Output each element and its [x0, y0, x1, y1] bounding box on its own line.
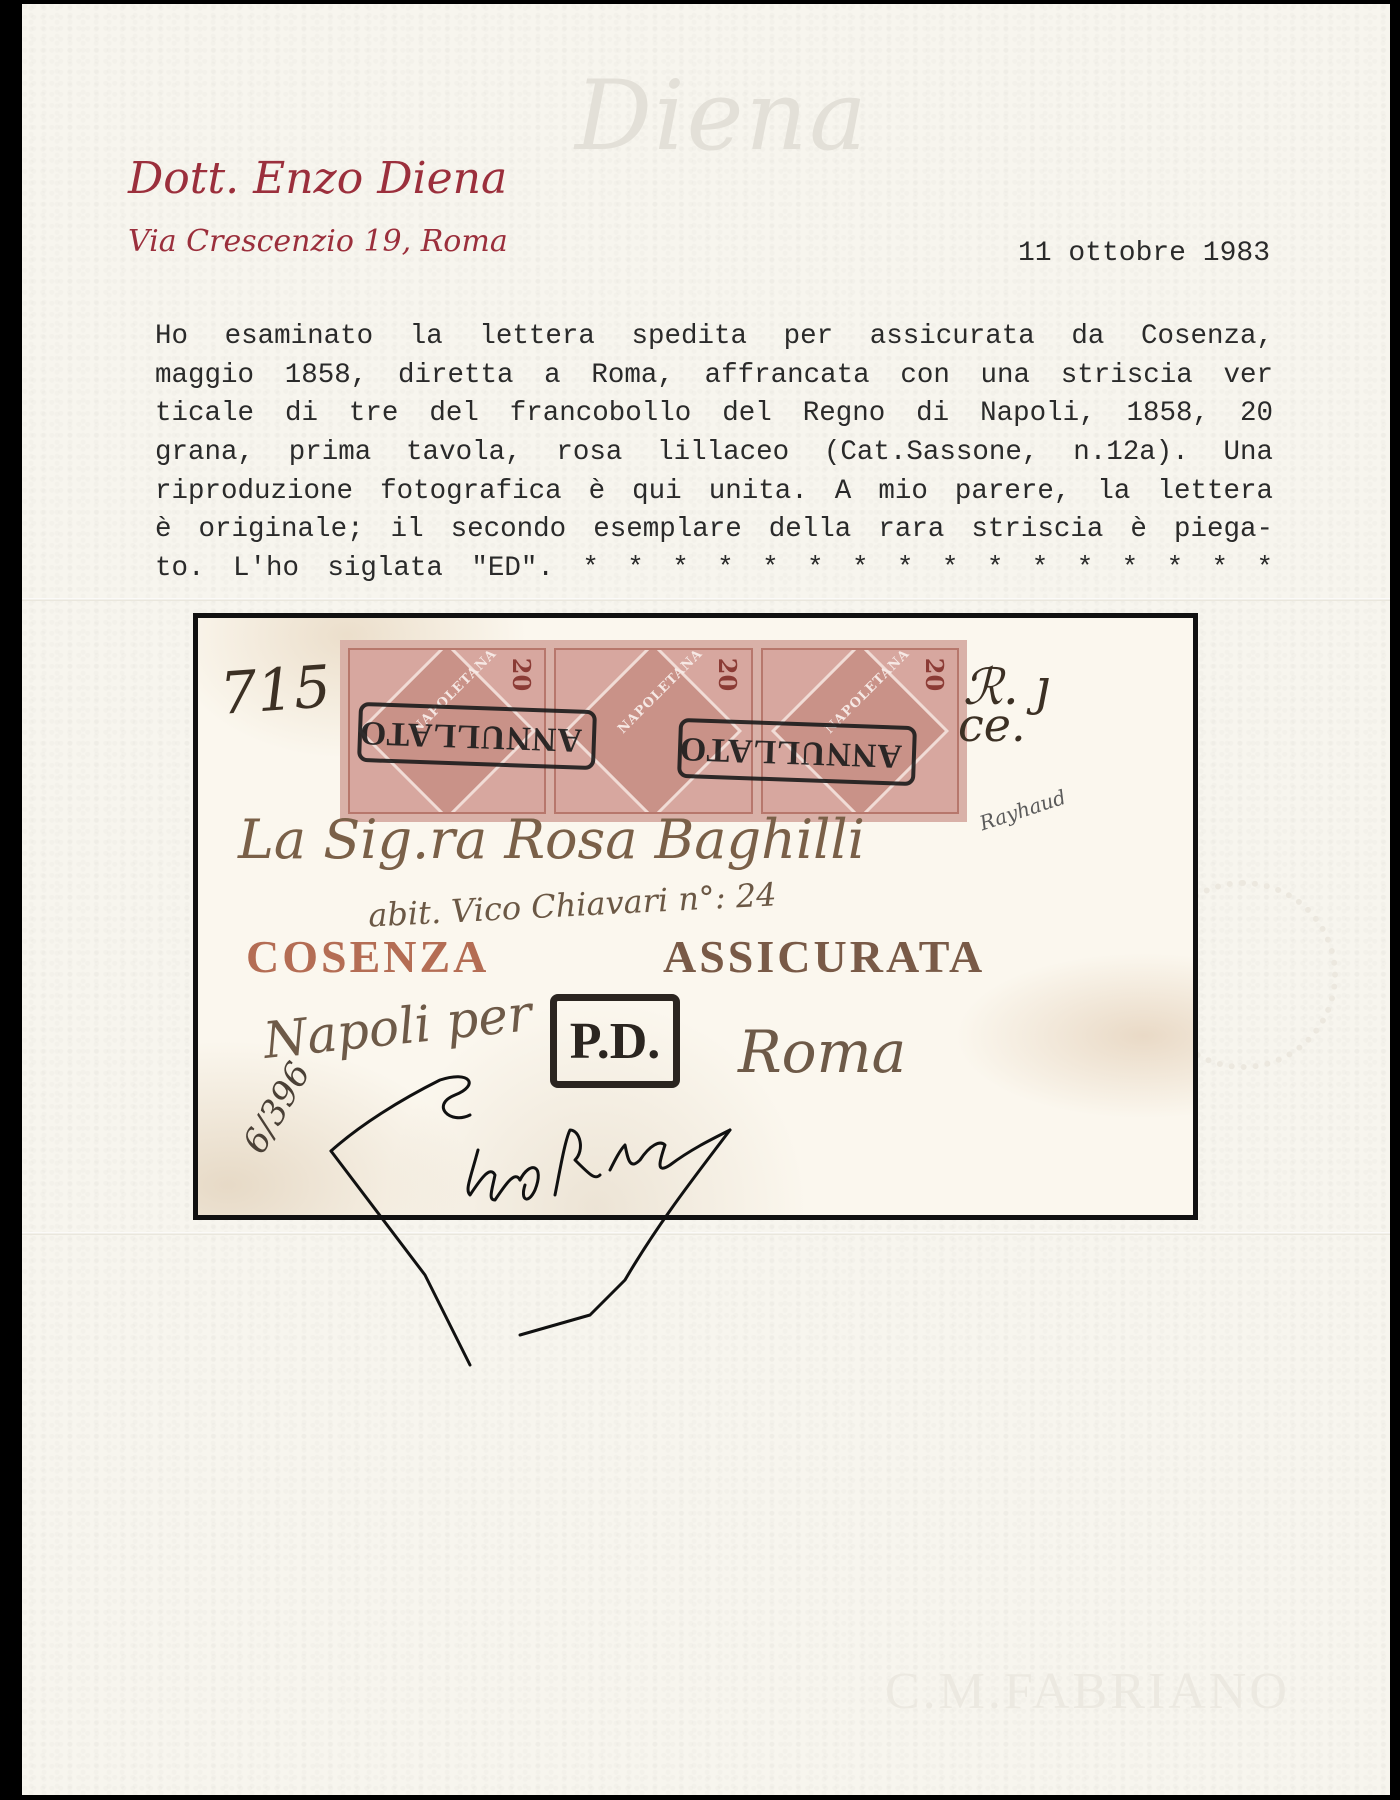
expert-signature	[0, 0, 1400, 1800]
